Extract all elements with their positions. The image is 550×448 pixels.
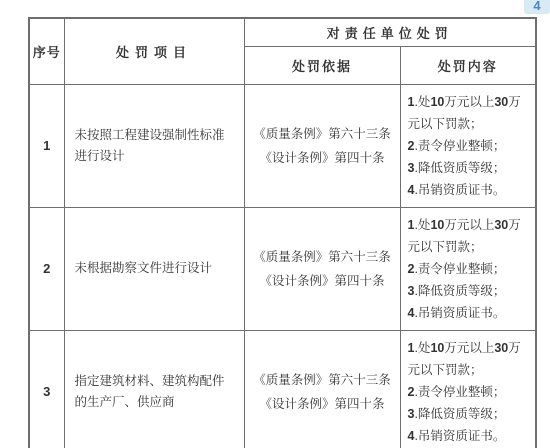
serial-cell: 1 bbox=[29, 84, 64, 207]
serial-cell: 3 bbox=[29, 330, 64, 448]
header-penalty-basis: 处罚依据 bbox=[244, 46, 400, 84]
penalty-basis-cell: 《质量条例》第六十三条 《设计条例》第四十条 bbox=[244, 84, 400, 207]
content-line: 1.处10万元以上30万元以下罚款； bbox=[408, 337, 534, 381]
table-row: 1 未按照工程建设强制性标准进行设计 《质量条例》第六十三条 《设计条例》第四十… bbox=[29, 84, 536, 207]
header-serial: 序号 bbox=[29, 18, 64, 84]
page-number-badge-text: 4 bbox=[533, 0, 540, 13]
header-responsible-unit-group: 对责任单位处罚 bbox=[244, 18, 536, 46]
header-penalty-item: 处罚项目 bbox=[64, 18, 244, 84]
header-row-group: 序号 处罚项目 对责任单位处罚 bbox=[29, 18, 536, 46]
page-number-badge: 4 bbox=[524, 0, 550, 14]
table-row: 2 未根据勘察文件进行设计 《质量条例》第六十三条 《设计条例》第四十条 1.处… bbox=[29, 207, 536, 330]
basis-line: 《设计条例》第四十条 bbox=[249, 392, 396, 416]
basis-line: 《设计条例》第四十条 bbox=[249, 146, 396, 170]
penalty-basis-cell: 《质量条例》第六十三条 《设计条例》第四十条 bbox=[244, 330, 400, 448]
penalty-basis-cell: 《质量条例》第六十三条 《设计条例》第四十条 bbox=[244, 207, 400, 330]
basis-line: 《质量条例》第六十三条 bbox=[249, 368, 396, 392]
content-line: 4.吊销资质证书。 bbox=[408, 425, 534, 447]
penalty-content-cell: 1.处10万元以上30万元以下罚款； 2.责令停业整顿； 3.降低资质等级； 4… bbox=[400, 207, 536, 330]
content-line: 2.责令停业整顿； bbox=[408, 381, 534, 403]
document-page: 4 序号 处罚项目 对责任单位处罚 处罚依据 处罚内容 1 未按照工程建设强制性… bbox=[0, 0, 550, 448]
content-line: 3.降低资质等级； bbox=[408, 157, 534, 179]
content-line: 2.责令停业整顿； bbox=[408, 135, 534, 157]
content-line: 2.责令停业整顿； bbox=[408, 258, 534, 280]
content-line: 4.吊销资质证书。 bbox=[408, 302, 534, 324]
penalty-item-cell: 未根据勘察文件进行设计 bbox=[64, 207, 244, 330]
content-line: 4.吊销资质证书。 bbox=[408, 179, 534, 201]
penalty-content-cell: 1.处10万元以上30万元以下罚款； 2.责令停业整顿； 3.降低资质等级； 4… bbox=[400, 330, 536, 448]
content-line: 3.降低资质等级； bbox=[408, 280, 534, 302]
content-line: 1.处10万元以上30万元以下罚款； bbox=[408, 91, 534, 135]
table-row: 3 指定建筑材料、建筑构配件的生产厂、供应商 《质量条例》第六十三条 《设计条例… bbox=[29, 330, 536, 448]
basis-line: 《质量条例》第六十三条 bbox=[249, 122, 396, 146]
serial-cell: 2 bbox=[29, 207, 64, 330]
basis-line: 《设计条例》第四十条 bbox=[249, 269, 396, 293]
penalty-content-cell: 1.处10万元以上30万元以下罚款； 2.责令停业整顿； 3.降低资质等级； 4… bbox=[400, 84, 536, 207]
header-penalty-content: 处罚内容 bbox=[400, 46, 536, 84]
basis-line: 《质量条例》第六十三条 bbox=[249, 245, 396, 269]
content-line: 1.处10万元以上30万元以下罚款； bbox=[408, 214, 534, 258]
content-line: 3.降低资质等级； bbox=[408, 403, 534, 425]
penalty-table: 序号 处罚项目 对责任单位处罚 处罚依据 处罚内容 1 未按照工程建设强制性标准… bbox=[28, 17, 537, 448]
penalty-item-cell: 指定建筑材料、建筑构配件的生产厂、供应商 bbox=[64, 330, 244, 448]
penalty-item-cell: 未按照工程建设强制性标准进行设计 bbox=[64, 84, 244, 207]
